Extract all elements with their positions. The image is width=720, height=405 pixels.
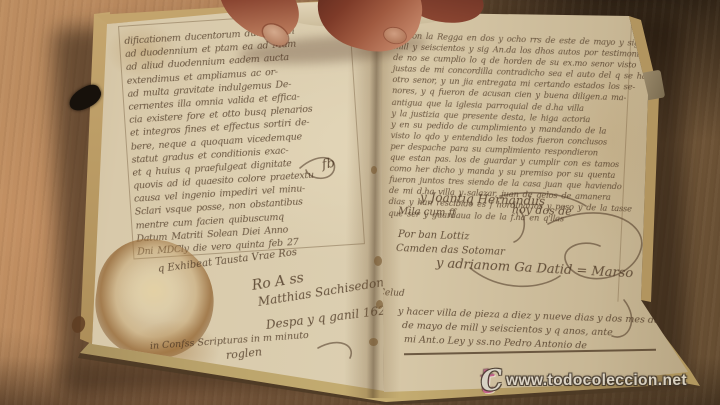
hand bbox=[0, 0, 720, 405]
photograph: dificationem ducentorum dum aliumad duod… bbox=[0, 0, 720, 405]
todocoleccion-logo-icon: tC bbox=[478, 360, 506, 403]
watermark-url: www.todocoleccion.net bbox=[506, 372, 687, 390]
logo-letter-c: C bbox=[479, 363, 505, 398]
watermark: tC www.todocoleccion.net bbox=[480, 358, 687, 404]
